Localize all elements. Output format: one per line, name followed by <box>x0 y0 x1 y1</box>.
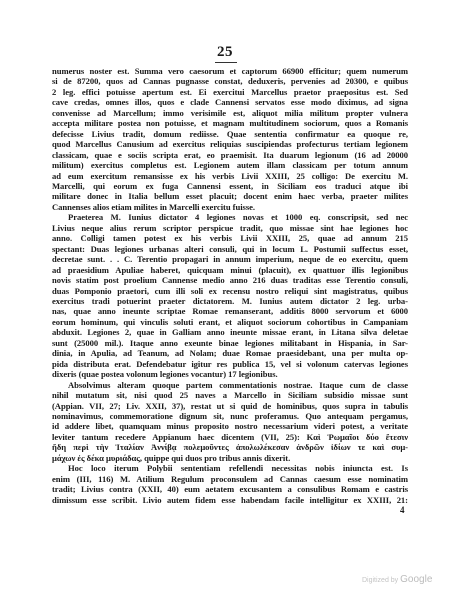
text-line: defecisse Livius tradit, domum rediisse.… <box>52 129 408 139</box>
text-line: nihil mutatum sit, nisi quod 25 naves a … <box>52 390 408 400</box>
body-text: numerus noster est. Summa vero caesorum … <box>52 66 408 505</box>
text-line: ad praesidium Apuliae haberet, quicquam … <box>52 265 408 275</box>
text-line: tradit; Livius contra (XXII, 40) eum aet… <box>52 484 408 494</box>
text-line: classicam, quae e sociis scripta erat, e… <box>52 150 408 160</box>
text-line: Absolvimus alteram quoque partem comment… <box>52 380 408 390</box>
page-number-rule <box>215 62 237 63</box>
watermark-prefix: Digitized by <box>362 577 398 584</box>
text-line: convenisse ad Marcellum; immo verisimile… <box>52 108 408 118</box>
text-line: exercitus tradi potuerint praeter dictat… <box>52 296 408 306</box>
text-line: decretae sunt. . . C. Terentio propagari… <box>52 254 408 264</box>
text-line: leviter tantum recedere Appianum haec di… <box>52 432 408 442</box>
text-line: anno. Colligi tamen potest ex his verbis… <box>52 233 408 243</box>
text-line: Cannenses alios etiam milites in Marcell… <box>52 202 408 212</box>
signature-mark: 4 <box>400 505 405 515</box>
text-line: dixeris (quae postea volonum legiones vo… <box>52 369 408 379</box>
text-line: nominavimus, commemoratione dignum sit, … <box>52 411 408 421</box>
text-line: dimissum esse scribit. Livio autem fidem… <box>52 495 408 505</box>
text-line: numerus noster est. Summa vero caesorum … <box>52 66 408 76</box>
text-line: ad eum exercitum remansisse ex his verbi… <box>52 171 408 181</box>
text-line: (Appian. VII, 27; Liv. XXII, 37), restat… <box>52 401 408 411</box>
text-line: Livius neque alius rerum scriptor perspi… <box>52 223 408 233</box>
text-line: dinia, in Apulia, ad Teanum, ad Nolam; d… <box>52 348 408 358</box>
text-line: nas, quae anno ineunte scriptae Romae re… <box>52 306 408 316</box>
watermark-brand: Google <box>400 574 432 585</box>
text-line: novis statim post proelium Cannense medi… <box>52 275 408 285</box>
text-line: militare donec in Italia bellum esset pl… <box>52 191 408 201</box>
digitization-watermark: Digitized by Google <box>362 574 432 585</box>
text-line: 2 leg. effici potuisse apertum est. Ei e… <box>52 87 408 97</box>
text-line: enim (III, 116) M. Atilium Regulum proco… <box>52 474 408 484</box>
text-line: militum) exercitus completus est. Legion… <box>52 160 408 170</box>
text-line: duas Pomponio praetori, cum illi soli ex… <box>52 286 408 296</box>
text-line: si de 87200, quos ad Cannas pugnasse con… <box>52 76 408 86</box>
text-line: abduxit. Legiones 2, quae in Galliam ann… <box>52 327 408 337</box>
text-line: accepta militare postea non potuisse, et… <box>52 118 408 128</box>
text-line: Hoc loco iterum Polybii sententiam refel… <box>52 463 408 473</box>
page-number: 25 <box>0 44 450 61</box>
text-line: sunt (25000 mil.). Itaque anno exeunte b… <box>52 338 408 348</box>
text-line: μάχων ἐς δέκα μυριάδας, quippe qui duos … <box>52 453 408 463</box>
text-line: Marcelli, qui eorum ex fuga Cannensi ess… <box>52 181 408 191</box>
text-line: Praeterea M. Iunius dictator 4 legiones … <box>52 212 408 222</box>
text-line: ἤδη περὶ τὴν Ἰταλίαν Ἀννίβᾳ πολεμοῦντες … <box>52 442 408 452</box>
text-line: pida distributa erat. Defendebatur igitu… <box>52 359 408 369</box>
text-line: cave credas, omnes illos, quos e clade C… <box>52 97 408 107</box>
text-line: spectant: Duas legiones urbanas alteri c… <box>52 244 408 254</box>
text-line: id addere libet, quamquam minus proposit… <box>52 421 408 431</box>
text-line: quod Marcellus Canusium ad exercitus rel… <box>52 139 408 149</box>
text-line: eorum hominum, qui vinculis soluti erant… <box>52 317 408 327</box>
